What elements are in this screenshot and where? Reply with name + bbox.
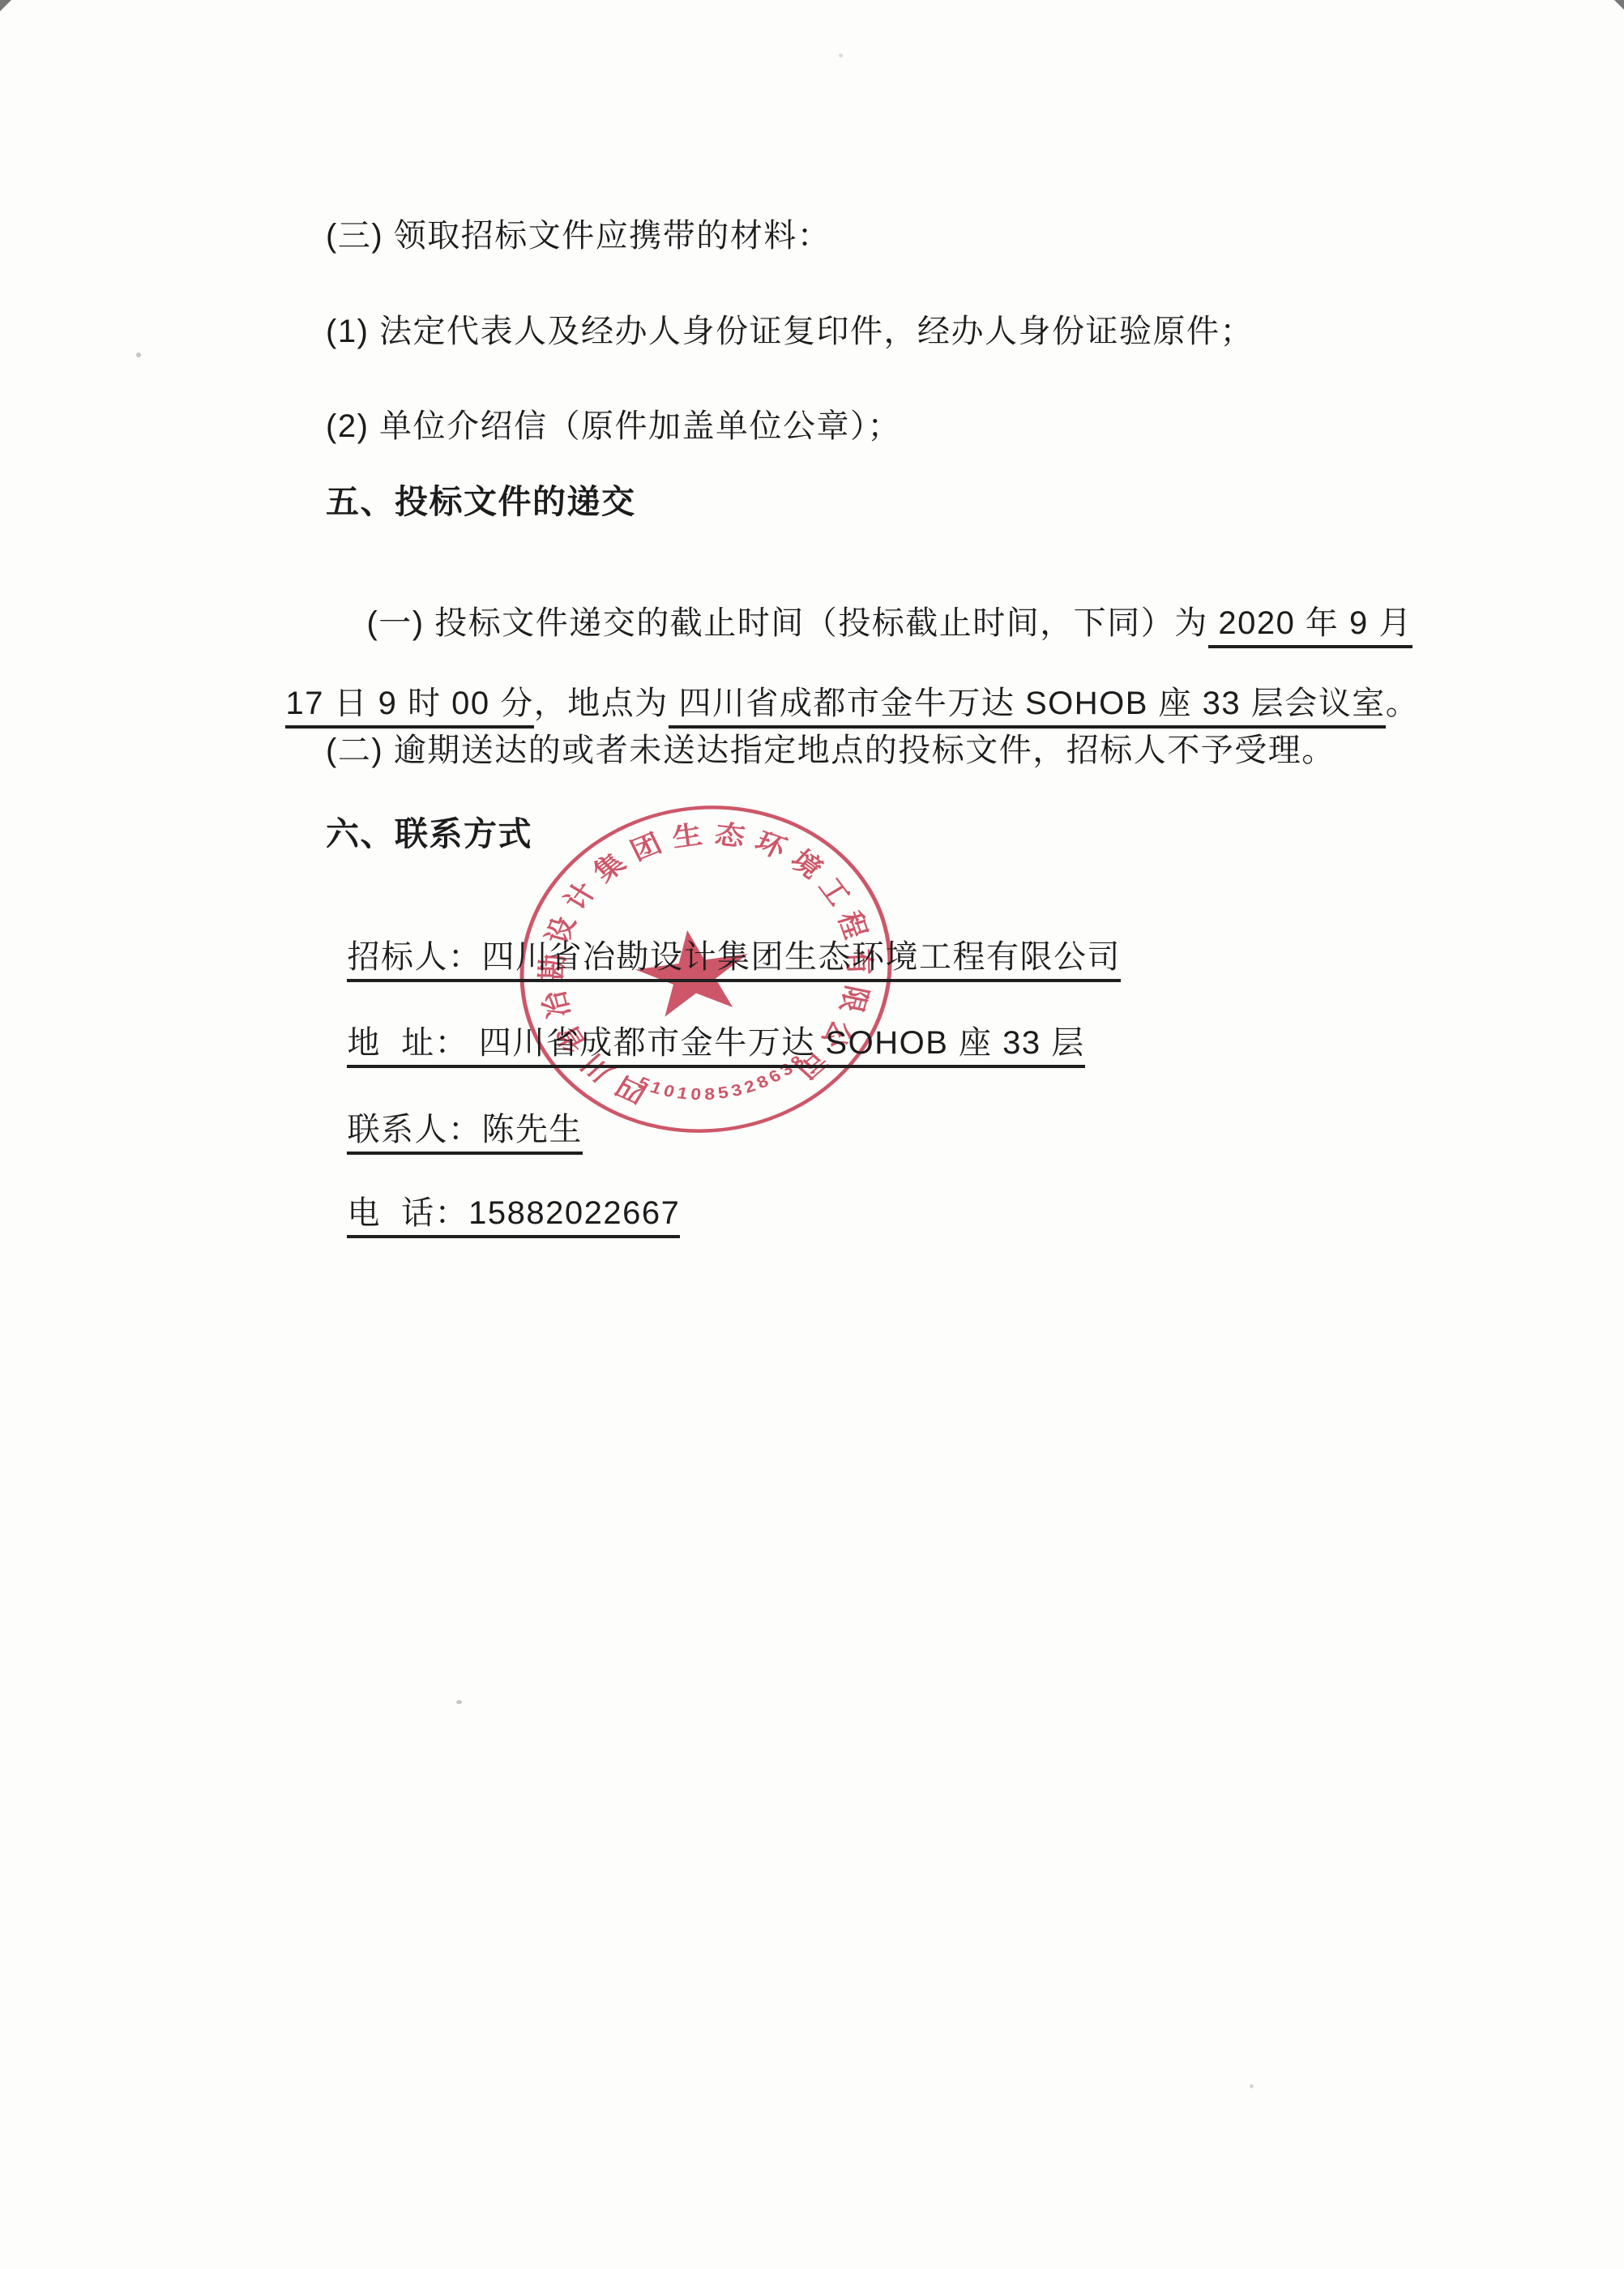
contact-address-text: 地 址： 四川省成都市金牛万达 SOHOB 座 33 层 [347,1025,1084,1068]
document-page: 四川省冶勘设计集团生态环境工程有限公司 5101085328638 (三) 领取… [0,0,1624,2269]
material-item-1: (1) 法定代表人及经办人身份证复印件，经办人身份证验原件； [326,313,1254,350]
deadline-date-underlined: 2020 年 9 月 [1208,605,1412,648]
scan-speck [839,53,843,58]
scan-corner-mark [1614,0,1624,10]
scan-speck [456,1700,462,1704]
section-6-heading: 六、联系方式 [326,815,532,853]
deadline-period: 。 [1386,686,1420,721]
clause-3-heading: (三) 领取招标文件应携带的材料： [326,217,831,254]
contact-person-text: 联系人：陈先生 [347,1112,583,1155]
scan-speck [1250,2084,1254,2088]
contact-tenderer-text: 招标人：四川省冶勘设计集团生态环境工程有限公司 [347,939,1121,982]
deadline-time-underlined: 17 日 9 时 00 分 [285,686,533,729]
scan-speck [136,353,141,357]
material-item-2: (2) 单位介绍信（原件加盖单位公章）； [326,408,901,445]
deadline-prefix-text: (一) 投标文件递交的截止时间（投标截止时间，下同）为 [366,605,1207,641]
deadline-mid-text: ，地点为 [534,686,669,721]
contact-phone-text: 电 话：15882022667 [347,1195,680,1238]
section-5-heading: 五、投标文件的递交 [326,483,636,521]
scan-corner-mark [0,0,11,11]
deadline-place-underlined: 四川省成都市金牛万达 SOHOB 座 33 层会议室 [669,686,1386,729]
contact-phone-line: 电 话：15882022667 [306,1157,680,1269]
clause-2-overdue: (二) 逾期送达的或者未送达指定地点的投标文件，招标人不予受理。 [326,732,1336,769]
